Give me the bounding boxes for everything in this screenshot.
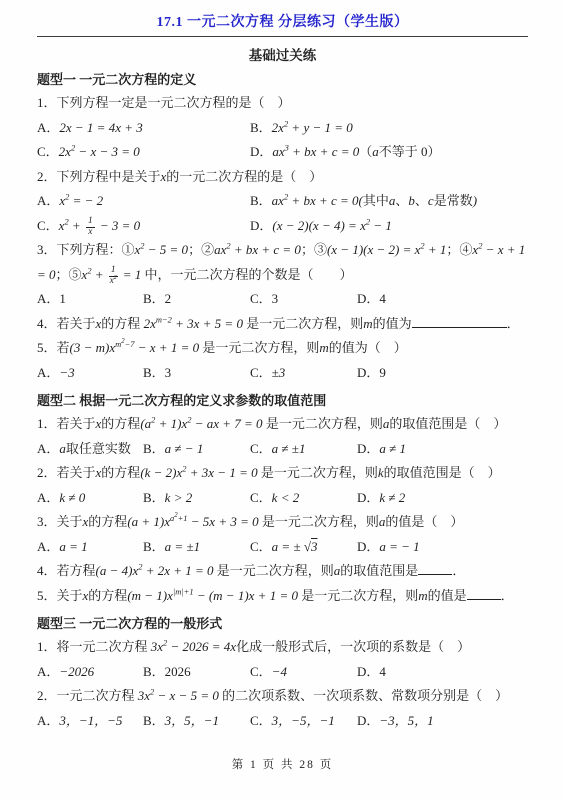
options-row: A．a取任意实数 B．a ≠ − 1 C．a ≠ ±1 D．a ≠ 1 <box>37 437 555 462</box>
options-row: A．−2026 B．2026 C．−4 D．4 <box>37 660 555 685</box>
options-row: A．a = 1 B．a = ±1 C．a = ± √3 D．a = − 1 <box>37 535 555 560</box>
question-stem: 4．若关于x的方程 2xm−2 + 3x + 5 = 0 是一元二次方程，则m的… <box>37 312 537 337</box>
option-c: C．a = ± √3 <box>250 535 357 560</box>
practice-level-header: 基础过关练 <box>0 44 565 64</box>
question-stem: 5．若(3 − m)xm2−7 − x + 1 = 0 是一元二次方程，则m的值… <box>37 336 537 361</box>
option-c: C．2x2 − x − 3 = 0 <box>37 140 250 165</box>
options-row: C．2x2 − x − 3 = 0 D．ax3 + bx + c = 0（a不等… <box>37 140 555 165</box>
worksheet-page: 17.1 一元二次方程 分层练习（学生版） 基础过关练 题型一 一元二次方程的定… <box>0 0 565 800</box>
options-row: C．x2 + 1x − 3 = 0 D．(x − 2)(x − 4) = x2 … <box>37 214 555 239</box>
option-d: D．4 <box>357 287 555 312</box>
option-b: B．k > 2 <box>143 486 250 511</box>
option-a: A．a取任意实数 <box>37 437 143 462</box>
question-stem: 1．将一元二次方程 3x2 − 2026 = 4x化成一般形式后，一次项的系数是… <box>37 635 537 660</box>
option-b: B．3 <box>143 361 250 386</box>
option-c: C．−4 <box>250 660 357 685</box>
option-b: B．2 <box>143 287 250 312</box>
option-b: B．2026 <box>143 660 250 685</box>
options-row: A．x2 = − 2 B．ax2 + bx + c = 0(其中a、b、c是常数… <box>37 189 555 214</box>
option-c: C．a ≠ ±1 <box>250 437 357 462</box>
section-header-2: 题型二 根据一元二次方程的定义求参数的取值范围 <box>37 389 537 412</box>
question-stem: 1．下列方程一定是一元二次方程的是（ ） <box>37 91 537 116</box>
title-divider <box>37 36 528 37</box>
option-d: D．ax3 + bx + c = 0（a不等于 0） <box>250 140 555 165</box>
option-d: D．9 <box>357 361 555 386</box>
question-stem: 3．下列方程：①x2 − 5 = 0；②ax2 + bx + c = 0；③(x… <box>37 238 537 287</box>
option-a: A．−3 <box>37 361 143 386</box>
option-c: C．3 <box>250 287 357 312</box>
options-row: A．3，−1，−5 B．3，5，−1 C．3，−5，−1 D．−3，5，1 <box>37 709 555 734</box>
section-header-3: 题型三 一元二次方程的一般形式 <box>37 612 537 635</box>
option-c: C．3，−5，−1 <box>250 709 357 734</box>
question-stem: 4．若方程(a − 4)x2 + 2x + 1 = 0 是一元二次方程，则a的取… <box>37 559 537 584</box>
option-a: A．1 <box>37 287 143 312</box>
options-row: A．2x − 1 = 4x + 3 B．2x2 + y − 1 = 0 <box>37 116 555 141</box>
question-stem: 3．关于x的方程(a + 1)xa2+1 − 5x + 3 = 0 是一元二次方… <box>37 510 537 535</box>
page-title: 17.1 一元二次方程 分层练习（学生版） <box>0 0 565 31</box>
option-d: D．a ≠ 1 <box>357 437 555 462</box>
option-b: B．3，5，−1 <box>143 709 250 734</box>
option-c: C．k < 2 <box>250 486 357 511</box>
question-stem: 1．若关于x的方程(a2 + 1)x2 − ax + 7 = 0 是一元二次方程… <box>37 412 537 437</box>
question-stem: 2．下列方程中是关于x的一元二次方程的是（ ） <box>37 165 537 190</box>
option-a: A．a = 1 <box>37 535 143 560</box>
options-row: A．k ≠ 0 B．k > 2 C．k < 2 D．k ≠ 2 <box>37 486 555 511</box>
option-d: D．k ≠ 2 <box>357 486 555 511</box>
option-d: D．−3，5，1 <box>357 709 555 734</box>
section-header-1: 题型一 一元二次方程的定义 <box>37 68 537 91</box>
option-d: D．a = − 1 <box>357 535 555 560</box>
question-stem: 2．若关于x的方程(k − 2)x2 + 3x − 1 = 0 是一元二次方程，… <box>37 461 537 486</box>
option-b: B．a = ±1 <box>143 535 250 560</box>
question-stem: 5．关于x的方程(m − 1)x|m|+1 − (m − 1)x + 1 = 0… <box>37 584 537 609</box>
option-a: A．k ≠ 0 <box>37 486 143 511</box>
option-b: B．2x2 + y − 1 = 0 <box>250 116 555 141</box>
question-stem: 2．一元二次方程 3x2 − x − 5 = 0 的二次项系数、一次项系数、常数… <box>37 684 537 709</box>
option-a: A．3，−1，−5 <box>37 709 143 734</box>
page-number: 第 1 页 共 28 页 <box>0 756 565 772</box>
option-b: B．ax2 + bx + c = 0(其中a、b、c是常数) <box>250 189 555 214</box>
option-d: D．(x − 2)(x − 4) = x2 − 1 <box>250 214 555 239</box>
options-row: A．−3 B．3 C．±3 D．9 <box>37 361 555 386</box>
option-d: D．4 <box>357 660 555 685</box>
options-row: A．1 B．2 C．3 D．4 <box>37 287 555 312</box>
option-a: A．2x − 1 = 4x + 3 <box>37 116 250 141</box>
option-c: C．±3 <box>250 361 357 386</box>
option-c: C．x2 + 1x − 3 = 0 <box>37 214 250 239</box>
option-b: B．a ≠ − 1 <box>143 437 250 462</box>
option-a: A．x2 = − 2 <box>37 189 250 214</box>
option-a: A．−2026 <box>37 660 143 685</box>
